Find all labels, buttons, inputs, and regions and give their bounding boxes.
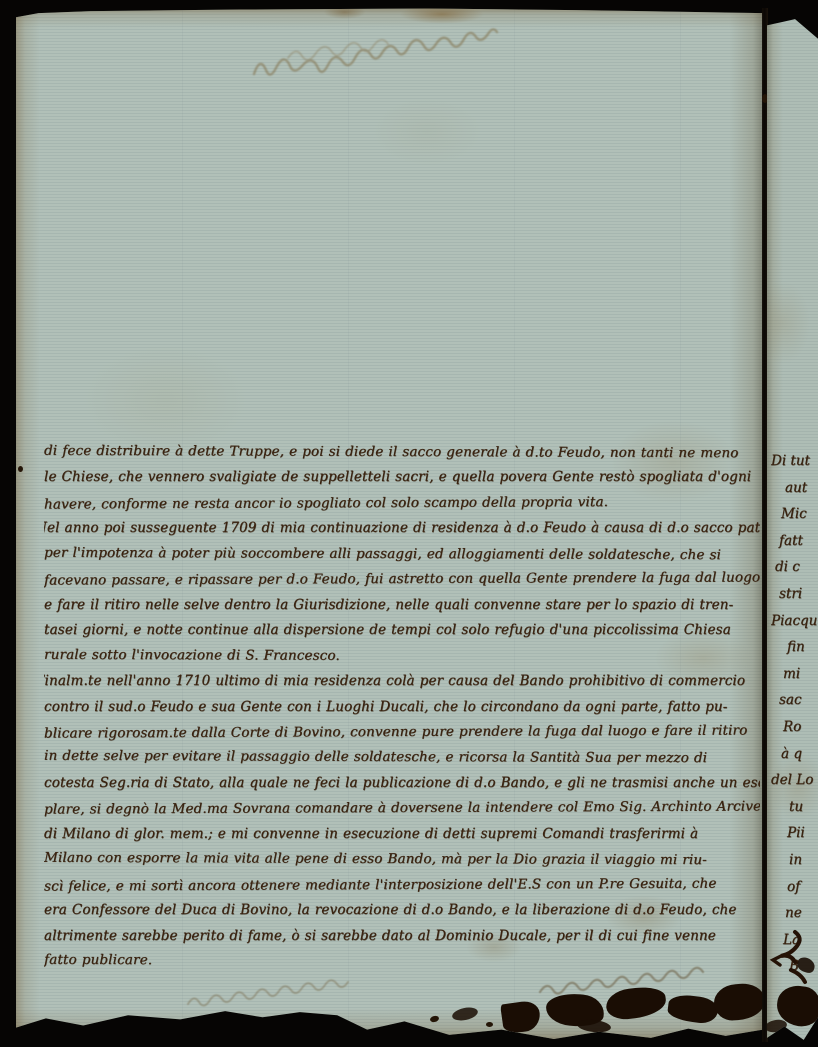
manuscript-fragment-line: stri (779, 581, 818, 608)
manuscript-fragment-column: Di tutautMicfattdi cstriPiacqufinmisacRo… (771, 448, 818, 980)
manuscript-line: per l'impotenza à poter più soccombere a… (44, 541, 760, 569)
manuscript-line: plare, si degnò la Med.ma Sovrana comand… (44, 795, 760, 824)
manuscript-line: Nel anno poi susseguente 1709 di mia con… (44, 516, 760, 541)
manuscript-fragment-line: Mic (781, 501, 818, 528)
manuscript-fragment-line: Piacqu (771, 608, 818, 635)
manuscript-fragment-line: Ro (783, 714, 818, 741)
manuscript-line: facevano passare, e ripassare per d.o Fe… (44, 566, 760, 595)
manuscript-line: altrimente sarebbe perito di fame, ò si … (44, 924, 760, 949)
manuscript-line: era Confessore del Duca di Bovino, la re… (44, 898, 760, 923)
manuscript-line: e fare il ritiro nelle selve dentro la G… (44, 593, 760, 618)
manuscript-line: cotesta Seg.ria di Stato, alla quale ne … (44, 771, 760, 796)
manuscript-line: di Milano di glor. mem.; e mi convenne i… (44, 822, 760, 847)
manuscript-line: blicare rigorosam.te dalla Corte di Bovi… (44, 718, 760, 747)
manuscript-fragment-line: sac (779, 687, 818, 714)
manuscript-fragment-line: di c (775, 554, 818, 581)
manuscript-fragment-line: mi (783, 661, 818, 688)
manuscript-line: le Chiese, che vennero svaligiate de sup… (44, 465, 760, 490)
manuscript-line: tasei giorni, e notte continue alla disp… (44, 618, 760, 643)
manuscript-fragment-line: of (787, 874, 818, 901)
ink-blot (764, 1018, 788, 1034)
manuscript-line: contro il sud.o Feudo e sua Gente con i … (44, 695, 760, 720)
manuscript-fragment-line: Di tut (771, 448, 818, 475)
manuscript-fragment-line: fin (787, 634, 818, 661)
ink-speck (486, 1022, 493, 1027)
manuscript-line: havere, conforme ne resta ancor io spogl… (44, 489, 760, 518)
manuscript-page-left: di fece distribuire à dette Truppe, e po… (16, 8, 763, 1040)
manuscript-fragment-line: del Lo (771, 767, 818, 794)
manuscript-fragment-line: à q (781, 741, 818, 768)
manuscript-line: Milano con esporre la mia vita alle pene… (44, 846, 760, 874)
manuscript-photo: di fece distribuire à dette Truppe, e po… (0, 0, 818, 1047)
manuscript-fragment-line: aut (785, 475, 818, 502)
ink-blot (713, 982, 765, 1021)
manuscript-line: di fece distribuire à dette Truppe, e po… (44, 440, 760, 467)
manuscript-line: Finalm.te nell'anno 1710 ultimo di mia r… (44, 669, 760, 694)
manuscript-line: in dette selve per evitare il passaggio … (44, 744, 760, 772)
manuscript-line: fatto publicare. (44, 948, 760, 975)
manuscript-fragment-line: fatt (779, 528, 818, 555)
ink-speck (18, 466, 23, 472)
manuscript-fragment-line: tu (789, 794, 818, 821)
bleedthrough-script-icon (248, 28, 488, 88)
manuscript-line: scì felice, e mi sortì ancora ottenere m… (44, 871, 760, 900)
ink-blot (576, 1018, 611, 1033)
manuscript-line: rurale sotto l'invocazione di S. Frances… (44, 642, 760, 670)
manuscript-page-right: Di tutautMicfattdi cstriPiacqufinmisacRo… (767, 14, 818, 1044)
ink-blot (451, 1005, 479, 1022)
manuscript-text-block: di fece distribuire à dette Truppe, e po… (44, 440, 760, 975)
bleedthrough-offset-icon (184, 992, 394, 1012)
manuscript-fragment-line: in (789, 847, 818, 874)
manuscript-fragment-line: ne (785, 900, 818, 927)
ink-speck (429, 1015, 439, 1023)
ink-blot (500, 1000, 542, 1035)
manuscript-fragment-line: Pii (787, 820, 818, 847)
